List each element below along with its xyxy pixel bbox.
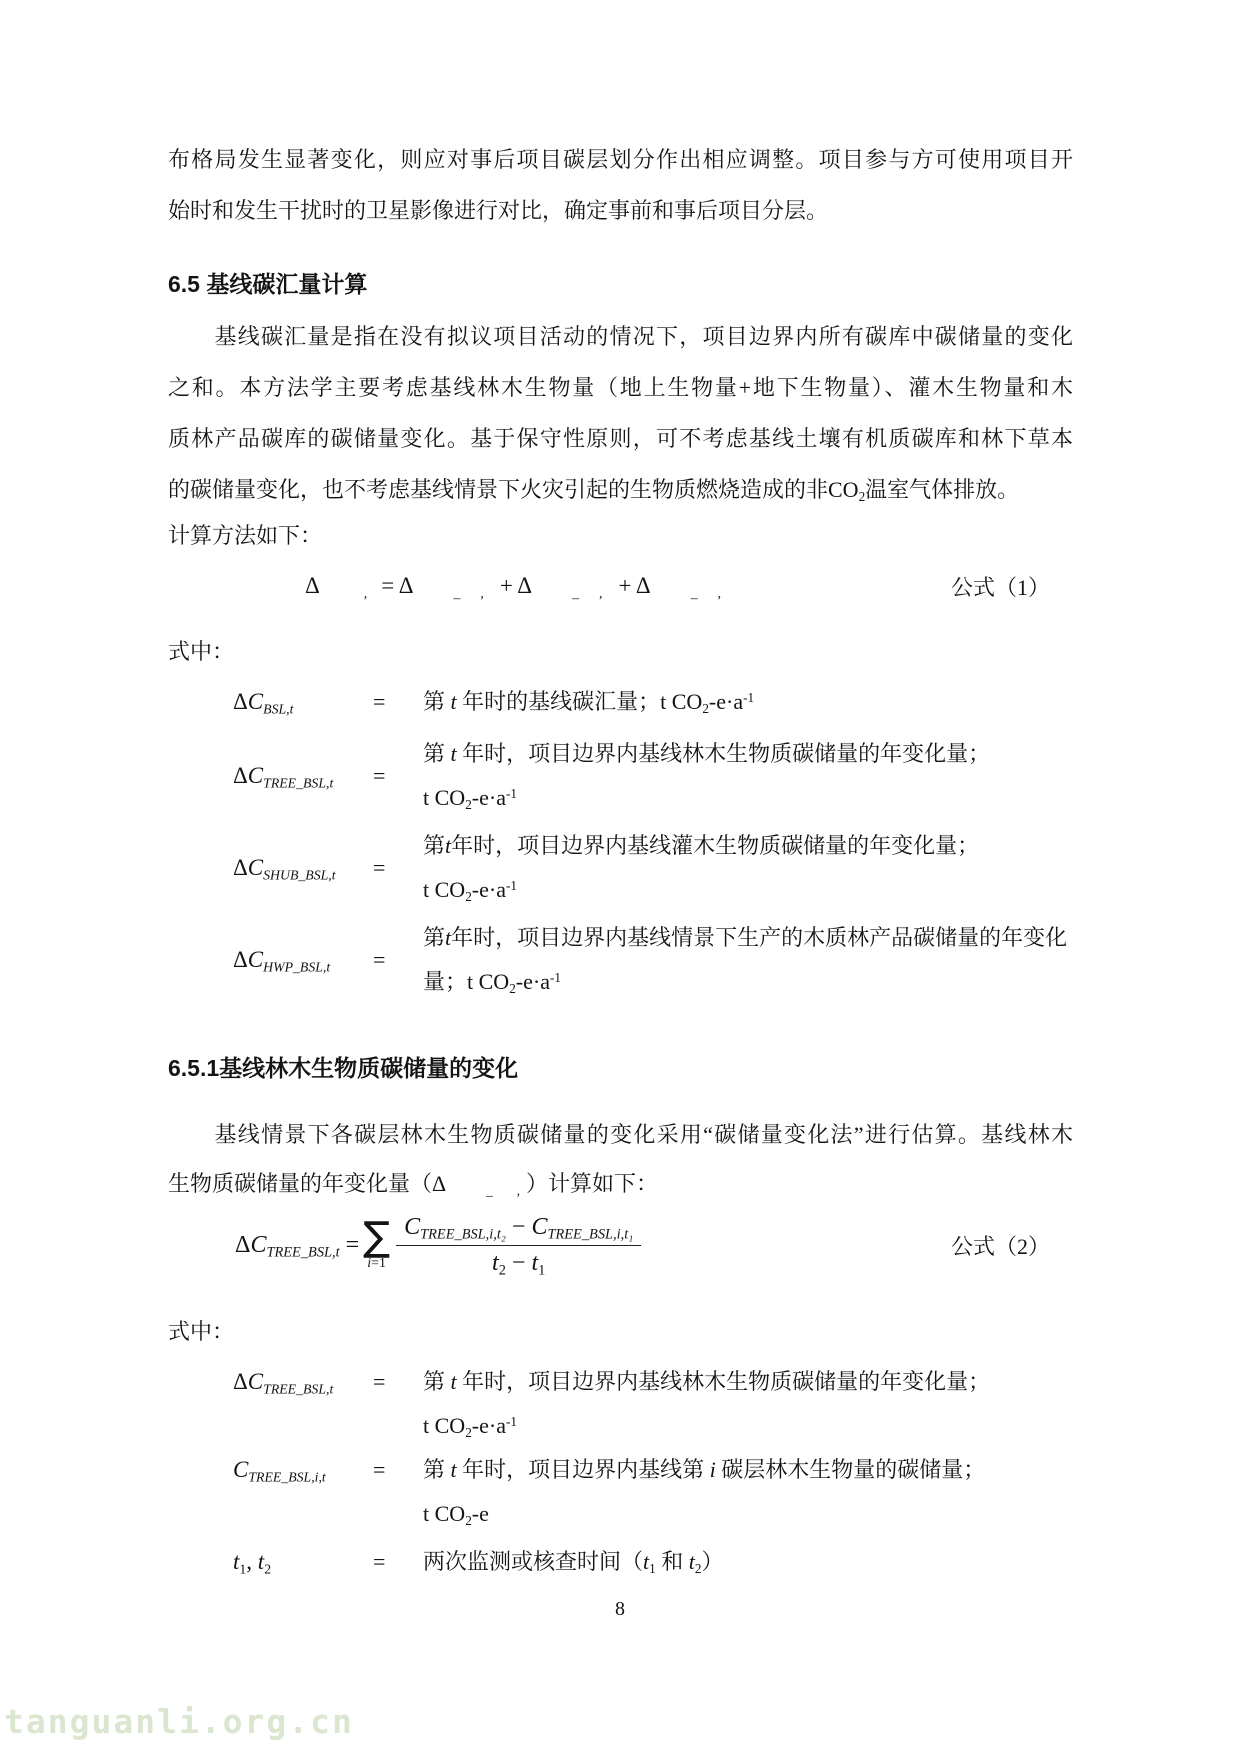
definition-text: 第t年时，项目边界内基线灌木生物质碳储量的年变化量； t CO2-e·a-1 xyxy=(423,824,1073,912)
fraction: CTREE_BSL,i,t₂ − CTREE_BSL,i,t₁ t2 − t1 xyxy=(396,1214,641,1276)
definition-text: 第 t 年时，项目边界内基线林木生物质碳储量的年变化量； t CO2-e·a-1 xyxy=(423,732,1073,820)
symbol: ΔCTREE_BSL,t xyxy=(233,1360,373,1404)
equals-sign: = xyxy=(373,855,423,881)
definition-text: 两次监测或核查时间（t1 和 t2） xyxy=(423,1538,1073,1586)
symbol: ΔCSHUB_BSL,t xyxy=(233,855,373,881)
paragraph-line: 基线碳汇量是指在没有拟议项目活动的情况下，项目边界内所有碳库中碳储量的变化 xyxy=(168,311,1073,362)
definition-row: ΔCSHUB_BSL,t = 第t年时，项目边界内基线灌木生物质碳储量的年变化量… xyxy=(168,824,1073,912)
unit-line: 量；t CO2-e·a-1 xyxy=(423,960,1073,1004)
symbol: ΔCHWP_BSL,t xyxy=(233,947,373,973)
paragraph-line: 的碳储量变化，也不考虑基线情景下火灾引起的生物质燃烧造成的非CO2温室气体排放。 xyxy=(168,464,1073,515)
equals-sign: = xyxy=(373,947,423,973)
paragraph-line: 质林产品碳库的碳储量变化。基于保守性原则，可不考虑基线土壤有机质碳库和林下草本 xyxy=(168,413,1073,464)
section-heading-6-5: 6.5 基线碳汇量计算 xyxy=(168,260,1073,308)
unit-line: t CO2-e·a-1 xyxy=(423,868,1073,912)
symbol: t1, t2 xyxy=(233,1549,373,1575)
definition-text: 第 t 年时，项目边界内基线林木生物质碳储量的年变化量； t CO2-e·a-1 xyxy=(423,1360,1073,1448)
watermark: tanguanli.org.cn xyxy=(4,1702,354,1741)
where-label: 式中： xyxy=(168,1308,1073,1356)
equals-sign: = xyxy=(373,763,423,789)
paragraph-line: 布格局发生显著变化，则应对事后项目碳层划分作出相应调整。项目参与方可使用项目开 xyxy=(168,134,1073,185)
sigma-lower-bound: i=1 xyxy=(367,1257,386,1271)
formula-1-label: 公式（1） xyxy=(951,571,1050,602)
intro-paragraph: 布格局发生显著变化，则应对事后项目碳层划分作出相应调整。项目参与方可使用项目开 … xyxy=(168,134,1073,236)
paragraph-line: 之和。本方法学主要考虑基线林木生物量（地上生物量+地下生物量）、灌木生物量和木 xyxy=(168,362,1073,413)
definition-row: ΔCBSL,t = 第 t 年时的基线碳汇量；t CO2-e·a-1 xyxy=(168,678,1073,726)
page-number: 8 xyxy=(0,1598,1240,1621)
calc-intro-line: 计算方法如下： xyxy=(168,512,1073,560)
unit-line: t CO2-e xyxy=(423,1492,1073,1536)
symbol: ΔCTREE_BSL,t xyxy=(233,763,373,789)
definition-text: 第 t 年时的基线碳汇量；t CO2-e·a-1 xyxy=(423,678,1073,726)
equals-sign: = xyxy=(373,1549,423,1575)
paragraph-line: 始时和发生干扰时的卫星影像进行对比，确定事前和事后项目分层。 xyxy=(168,185,1073,236)
formula-2: ΔCTREE_BSL,t = ∑ i=1 CTREE_BSL,i,t₂ − CT… xyxy=(168,1200,1073,1290)
denominator: t2 − t1 xyxy=(492,1246,545,1276)
definition-row: ΔCHWP_BSL,t = 第t年时，项目边界内基线情景下生产的木质林产品碳储量… xyxy=(168,916,1073,1004)
definition-row: ΔCTREE_BSL,t = 第 t 年时，项目边界内基线林木生物质碳储量的年变… xyxy=(168,732,1073,820)
section-heading-6-5-1: 6.5.1基线林木生物质碳储量的变化 xyxy=(168,1044,1073,1092)
definition-text: 第 t 年时，项目边界内基线第 i 碳层林木生物量的碳储量； t CO2-e xyxy=(423,1448,1073,1536)
formula-1-body: Δ,= Δ_,+ Δ_,+ Δ_, xyxy=(168,573,721,599)
formula-2-body: ΔCTREE_BSL,t = ∑ i=1 CTREE_BSL,i,t₂ − CT… xyxy=(168,1214,641,1276)
document-page: 布格局发生显著变化，则应对事后项目碳层划分作出相应调整。项目参与方可使用项目开 … xyxy=(0,0,1240,1753)
definition-row: ΔCTREE_BSL,t = 第 t 年时，项目边界内基线林木生物质碳储量的年变… xyxy=(168,1360,1073,1448)
section-6-5-paragraph: 基线碳汇量是指在没有拟议项目活动的情况下，项目边界内所有碳库中碳储量的变化 之和… xyxy=(168,311,1073,515)
symbol: CTREE_BSL,i,t xyxy=(233,1448,373,1492)
sigma-symbol: ∑ xyxy=(363,1219,390,1255)
equals-sign: = xyxy=(373,1360,423,1404)
unit-line: t CO2-e·a-1 xyxy=(423,1404,1073,1448)
unit-line: t CO2-e·a-1 xyxy=(423,776,1073,820)
definition-row: t1, t2 = 两次监测或核查时间（t1 和 t2） xyxy=(168,1538,1073,1586)
where-label: 式中： xyxy=(168,628,1073,676)
formula-2-lhs: ΔCTREE_BSL,t = xyxy=(235,1232,359,1259)
paragraph-line: 基线情景下各碳层林木生物质碳储量的变化采用“碳储量变化法”进行估算。基线林木 xyxy=(168,1110,1073,1159)
formula-2-label: 公式（2） xyxy=(951,1230,1050,1261)
definition-row: CTREE_BSL,i,t = 第 t 年时，项目边界内基线第 i 碳层林木生物… xyxy=(168,1448,1073,1536)
definition-text: 第t年时，项目边界内基线情景下生产的木质林产品碳储量的年变化 量；t CO2-e… xyxy=(423,916,1073,1004)
equals-sign: = xyxy=(373,1448,423,1492)
numerator: CTREE_BSL,i,t₂ − CTREE_BSL,i,t₁ xyxy=(396,1214,641,1245)
summation: ∑ i=1 xyxy=(363,1219,390,1271)
equals-sign: = xyxy=(373,689,423,715)
section-6-5-1-paragraph: 基线情景下各碳层林木生物质碳储量的变化采用“碳储量变化法”进行估算。基线林木 生… xyxy=(168,1110,1073,1208)
formula-1: Δ,= Δ_,+ Δ_,+ Δ_, 公式（1） xyxy=(168,560,1073,612)
symbol: ΔCBSL,t xyxy=(233,689,373,715)
